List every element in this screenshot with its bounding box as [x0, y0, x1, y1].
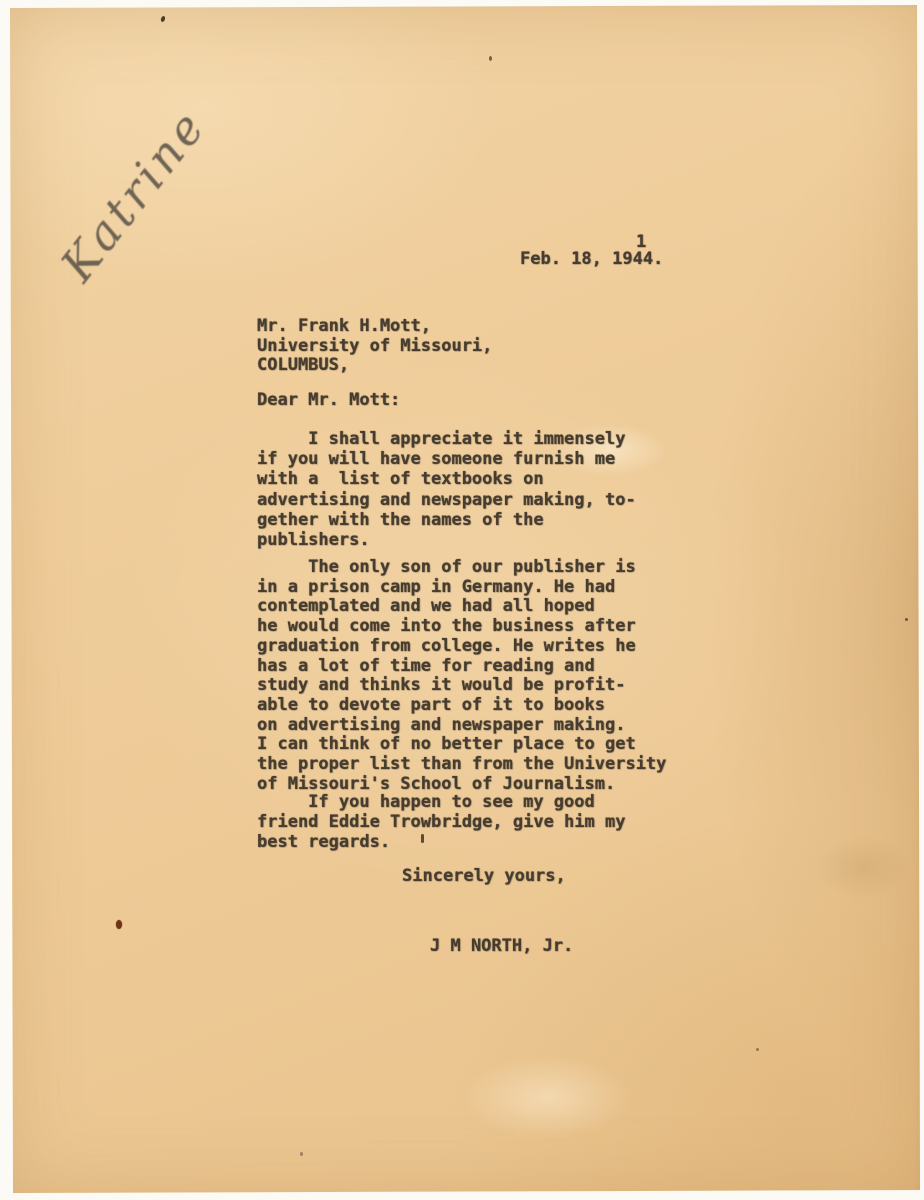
- paper-speck: [300, 1152, 303, 1156]
- paper-speck: [116, 920, 122, 929]
- salutation: Dear Mr. Mott:: [257, 390, 400, 410]
- paper-speck: [489, 56, 492, 61]
- closing-line: Sincerely yours,: [402, 866, 566, 886]
- body-paragraph-1: I shall appreciate it immensely if you w…: [257, 429, 636, 550]
- letter-date: Feb. 18, 1944.: [520, 249, 663, 269]
- scanned-letter-page: Katrine 1 Feb. 18, 1944. Mr. Frank H.Mot…: [0, 0, 924, 1200]
- body-paragraph-2: The only son of our publisher is in a pr…: [257, 558, 666, 794]
- body-paragraph-3: If you happen to see my good friend Eddi…: [257, 793, 625, 852]
- paper-speck: [756, 1048, 759, 1051]
- paper-speck: [905, 618, 908, 621]
- recipient-address: Mr. Frank H.Mott, University of Missouri…: [257, 317, 492, 376]
- signature-line: J M NORTH, Jr.: [430, 936, 573, 956]
